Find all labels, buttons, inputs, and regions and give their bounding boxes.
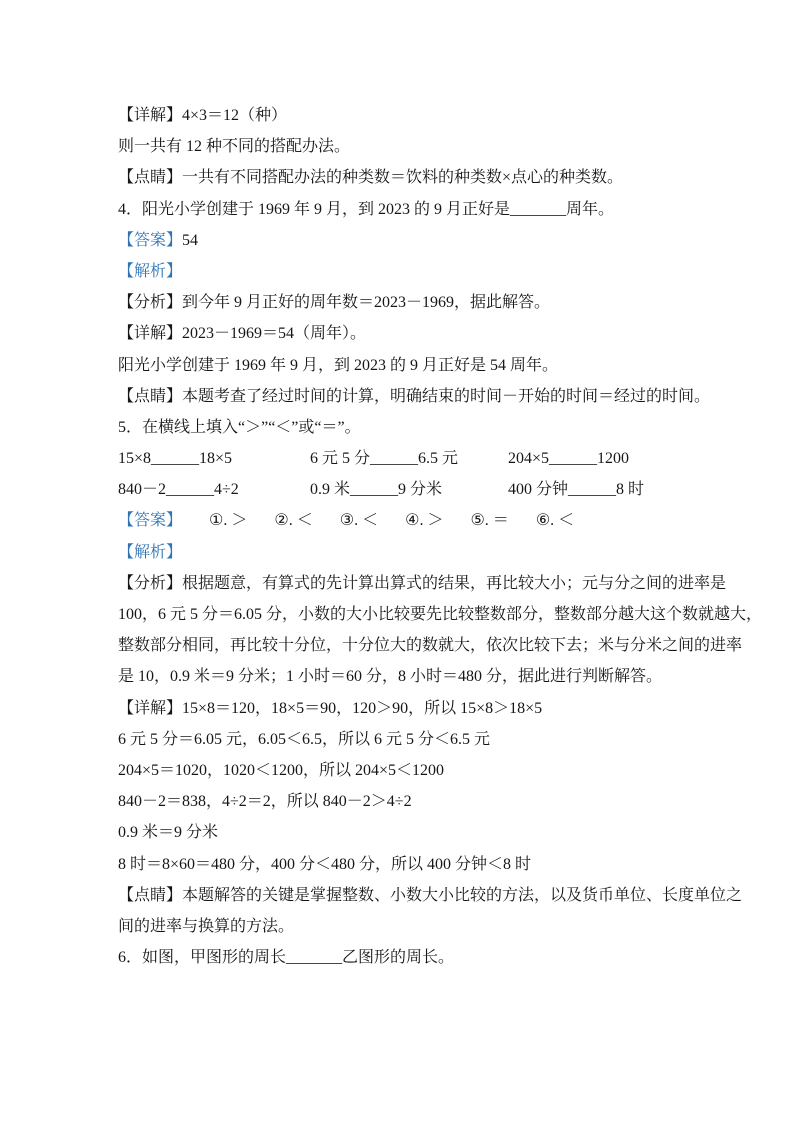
q5-analysis-line-3: 整数部分相同，再比较十分位，十分位大的数就大，依次比较下去；米与分米之间的进率 <box>118 630 704 661</box>
q5-item-4: 840－2______4÷2 <box>118 474 310 505</box>
analysis-label: 【分析】 <box>118 575 182 592</box>
q4-analysis-line: 【分析】到今年 9 月正好的周年数＝2023－1969，据此解答。 <box>118 287 704 318</box>
detail-label: 【详解】 <box>118 700 182 717</box>
q3-detail-text: 4×3＝12（种） <box>182 107 287 124</box>
q5-analysis-text-4: 是 10，0.9 米＝9 分米；1 小时＝60 分，8 小时＝480 分，据此进… <box>118 668 662 685</box>
answer-label: 【答案】 <box>118 232 182 249</box>
q5-note-text-1: 本题解答的关键是掌握整数、小数大小比较的方法，以及货币单位、长度单位之 <box>182 887 742 904</box>
q5-analysis-text-2: 100，6 元 5 分＝6.05 分，小数的大小比较要先比较整数部分，整数部分越… <box>118 606 762 623</box>
q5-detail-text-2: 6 元 5 分＝6.05 元，6.05＜6.5，所以 6 元 5 分＜6.5 元 <box>118 731 490 748</box>
q4-conclusion-text: 阳光小学创建于 1969 年 9 月，到 2023 的 9 月正好是 54 周年… <box>118 357 558 374</box>
q5-answer-4: ④. ＞ <box>405 505 443 536</box>
detail-label: 【详解】 <box>118 325 182 342</box>
q4-note-text: 本题考查了经过时间的计算，明确结束的时间－开始的时间＝经过的时间。 <box>182 388 710 405</box>
q5-detail-text-5: 0.9 米＝9 分米 <box>118 824 218 841</box>
q3-detail-line: 【详解】4×3＝12（种） <box>118 100 704 131</box>
q5-detail-line-3: 204×5＝1020，1020＜1200，所以 204×5＜1200 <box>118 755 704 786</box>
analysis-section-label: 【解析】 <box>118 544 182 561</box>
q5-answer-3: ③. ＜ <box>340 505 378 536</box>
q4-conclusion-line: 阳光小学创建于 1969 年 9 月，到 2023 的 9 月正好是 54 周年… <box>118 350 704 381</box>
q5-question-text: 5．在横线上填入“＞”“＜”或“＝”。 <box>118 419 361 436</box>
q5-item-5: 0.9 米______9 分米 <box>310 474 508 505</box>
q4-analysis-section-line: 【解析】 <box>118 256 704 287</box>
note-label: 【点睛】 <box>118 388 182 405</box>
q5-item-6: 400 分钟______8 时 <box>508 474 704 505</box>
q5-answer-1: ①. ＞ <box>209 505 247 536</box>
q5-note-line-1: 【点睛】本题解答的关键是掌握整数、小数大小比较的方法，以及货币单位、长度单位之 <box>118 880 704 911</box>
q4-answer-line: 【答案】54 <box>118 225 704 256</box>
q4-question-text: 4．阳光小学创建于 1969 年 9 月，到 2023 的 9 月正好是____… <box>118 201 614 218</box>
q5-analysis-text-1: 根据题意，有算式的先计算出算式的结果，再比较大小；元与分之间的进率是 <box>182 575 726 592</box>
q5-detail-line-2: 6 元 5 分＝6.05 元，6.05＜6.5，所以 6 元 5 分＜6.5 元 <box>118 724 704 755</box>
q6-question-text: 6．如图，甲图形的周长_______乙图形的周长。 <box>118 949 454 966</box>
q5-answer-2: ②. ＜ <box>274 505 312 536</box>
q5-detail-line-1: 【详解】15×8＝120，18×5＝90，120＞90，所以 15×8＞18×5 <box>118 693 704 724</box>
q5-answer-6: ⑥. ＜ <box>536 505 574 536</box>
note-label: 【点睛】 <box>118 887 182 904</box>
q5-item-1: 15×8______18×5 <box>118 443 310 474</box>
q5-note-text-2: 间的进率与换算的方法。 <box>118 918 294 935</box>
q4-answer-text: 54 <box>182 232 198 249</box>
q5-question-line: 5．在横线上填入“＞”“＜”或“＝”。 <box>118 412 704 443</box>
answer-label: 【答案】 <box>118 505 182 536</box>
q5-analysis-line-1: 【分析】根据题意，有算式的先计算出算式的结果，再比较大小；元与分之间的进率是 <box>118 568 704 599</box>
q5-item-3: 204×5______1200 <box>508 443 704 474</box>
q3-conclusion-line: 则一共有 12 种不同的搭配办法。 <box>118 131 704 162</box>
q5-analysis-line-4: 是 10，0.9 米＝9 分米；1 小时＝60 分，8 小时＝480 分，据此进… <box>118 661 704 692</box>
q5-compare-row-2: 840－2______4÷2 0.9 米______9 分米 400 分钟___… <box>118 474 704 505</box>
q4-detail-text: 2023－1969＝54（周年）。 <box>182 325 366 342</box>
q5-detail-text-6: 8 时＝8×60＝480 分，400 分＜480 分，所以 400 分钟＜8 时 <box>118 856 531 873</box>
q5-item-2: 6 元 5 分______6.5 元 <box>310 443 508 474</box>
worksheet-page: 【详解】4×3＝12（种） 则一共有 12 种不同的搭配办法。 【点睛】一共有不… <box>0 0 794 1123</box>
q4-question-line: 4．阳光小学创建于 1969 年 9 月，到 2023 的 9 月正好是____… <box>118 194 704 225</box>
q5-note-line-2: 间的进率与换算的方法。 <box>118 911 704 942</box>
q5-answer-line: 【答案】 ①. ＞ ②. ＜ ③. ＜ ④. ＞ ⑤. ＝ ⑥. ＜ <box>118 505 704 536</box>
q3-conclusion-text: 则一共有 12 种不同的搭配办法。 <box>118 138 350 155</box>
q5-analysis-section-line: 【解析】 <box>118 537 704 568</box>
q6-question-line: 6．如图，甲图形的周长_______乙图形的周长。 <box>118 942 704 973</box>
q4-analysis-text: 到今年 9 月正好的周年数＝2023－1969，据此解答。 <box>182 294 550 311</box>
note-label: 【点睛】 <box>118 169 182 186</box>
q3-note-text: 一共有不同搭配办法的种类数＝饮料的种类数×点心的种类数。 <box>182 169 623 186</box>
q4-detail-line: 【详解】2023－1969＝54（周年）。 <box>118 318 704 349</box>
q5-detail-line-4: 840－2＝838，4÷2＝2，所以 840－2＞4÷2 <box>118 786 704 817</box>
q5-detail-text-1: 15×8＝120，18×5＝90，120＞90，所以 15×8＞18×5 <box>182 700 542 717</box>
q5-detail-text-4: 840－2＝838，4÷2＝2，所以 840－2＞4÷2 <box>118 793 412 810</box>
detail-label: 【详解】 <box>118 107 182 124</box>
analysis-label: 【分析】 <box>118 294 182 311</box>
q5-analysis-text-3: 整数部分相同，再比较十分位，十分位大的数就大，依次比较下去；米与分米之间的进率 <box>118 637 742 654</box>
q5-detail-line-6: 8 时＝8×60＝480 分，400 分＜480 分，所以 400 分钟＜8 时 <box>118 849 704 880</box>
q5-answer-5: ⑤. ＝ <box>470 505 508 536</box>
q5-analysis-line-2: 100，6 元 5 分＝6.05 分，小数的大小比较要先比较整数部分，整数部分越… <box>118 599 704 630</box>
q5-detail-text-3: 204×5＝1020，1020＜1200，所以 204×5＜1200 <box>118 762 444 779</box>
q3-note-line: 【点睛】一共有不同搭配办法的种类数＝饮料的种类数×点心的种类数。 <box>118 162 704 193</box>
analysis-section-label: 【解析】 <box>118 263 182 280</box>
q4-note-line: 【点睛】本题考查了经过时间的计算，明确结束的时间－开始的时间＝经过的时间。 <box>118 381 704 412</box>
q5-detail-line-5: 0.9 米＝9 分米 <box>118 817 704 848</box>
q5-compare-row-1: 15×8______18×5 6 元 5 分______6.5 元 204×5_… <box>118 443 704 474</box>
